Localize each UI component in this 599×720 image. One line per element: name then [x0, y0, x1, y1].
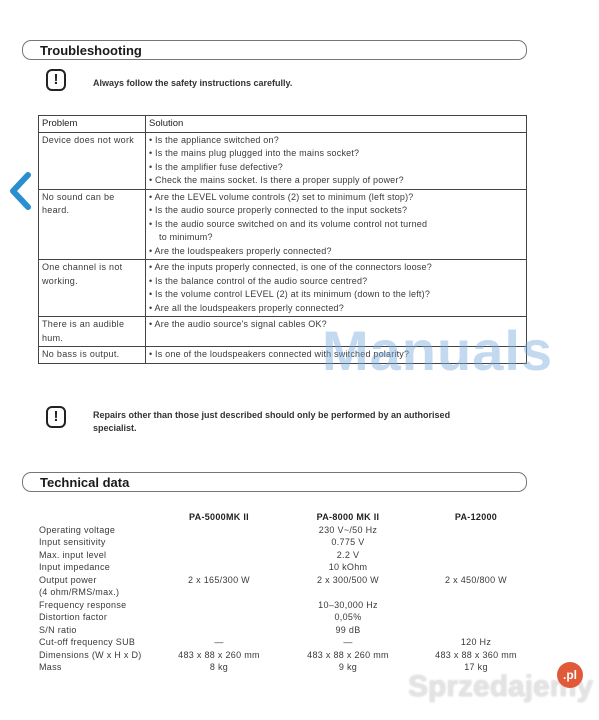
spec-row: Output power2 x 165/300 W2 x 300/500 W2 …: [39, 574, 539, 587]
spec-value: 483 x 88 x 260 mm: [169, 649, 269, 662]
solution-item: • Check the mains socket. Is there a pro…: [149, 174, 523, 188]
spec-value: 8 kg: [169, 661, 269, 674]
spec-value: 2 x 165/300 W: [169, 574, 269, 587]
table-row: No bass is output. • Is one of the louds…: [39, 347, 527, 364]
section-title: Technical data: [40, 475, 129, 490]
solution-item: • Is the balance control of the audio so…: [149, 275, 523, 289]
troubleshooting-table: Problem Solution Device does not work • …: [38, 115, 527, 364]
problem-cell: No sound can be heard.: [39, 189, 146, 260]
spec-row: Dimensions (W x H x D)483 x 88 x 260 mm4…: [39, 649, 539, 662]
spec-value: 2 x 450/800 W: [421, 574, 531, 587]
spec-label: Input impedance: [39, 561, 110, 574]
solution-cell: • Are the inputs properly connected, is …: [146, 260, 527, 317]
problem-cell: One channel is not working.: [39, 260, 146, 317]
spec-row: Operating voltage230 V~/50 Hz: [39, 524, 539, 537]
model-name: PA-5000MK II: [169, 511, 269, 524]
chevron-left-icon: [6, 171, 34, 211]
solution-item: • Is the appliance switched on?: [149, 134, 523, 148]
model-name: PA-12000: [421, 511, 531, 524]
solution-item: • Is one of the loudspeakers connected w…: [149, 348, 523, 362]
spec-row: Input sensitivity0.775 V: [39, 536, 539, 549]
spec-value: 120 Hz: [421, 636, 531, 649]
spec-value: 9 kg: [293, 661, 403, 674]
solution-item: • Are the inputs properly connected, is …: [149, 261, 523, 275]
solution-cell: • Are the LEVEL volume controls (2) set …: [146, 189, 527, 260]
previous-page-button[interactable]: [6, 171, 34, 211]
technical-data-header: Technical data: [22, 472, 527, 492]
spec-value: 483 x 88 x 360 mm: [421, 649, 531, 662]
spec-value: —: [169, 636, 269, 649]
spec-label: Cut-off frequency SUB: [39, 636, 135, 649]
table-header-row: Problem Solution: [39, 116, 527, 133]
spec-row: Mass8 kg9 kg17 kg: [39, 661, 539, 674]
model-header-row: PA-5000MK II PA-8000 MK II PA-12000: [39, 511, 539, 524]
table-row: No sound can be heard. • Are the LEVEL v…: [39, 189, 527, 260]
pl-badge: .pl: [557, 662, 583, 688]
column-header-problem: Problem: [39, 116, 146, 133]
spec-label: Mass: [39, 661, 62, 674]
spec-value: 230 V~/50 Hz: [293, 524, 403, 537]
spec-row: (4 ohm/RMS/max.): [39, 586, 539, 599]
spec-value: 0.775 V: [293, 536, 403, 549]
solution-cell: • Is the appliance switched on? • Is the…: [146, 132, 527, 189]
solution-item: • Is the audio source switched on and it…: [149, 218, 523, 232]
solution-item: • Is the audio source properly connected…: [149, 204, 523, 218]
solution-item: • Are the LEVEL volume controls (2) set …: [149, 191, 523, 205]
problem-cell: No bass is output.: [39, 347, 146, 364]
warning-icon: !: [46, 69, 66, 91]
spec-value: 99 dB: [293, 624, 403, 637]
solution-cell: • Are the audio source's signal cables O…: [146, 317, 527, 347]
spec-row: S/N ratio99 dB: [39, 624, 539, 637]
solution-item: • Are all the loudspeakers properly conn…: [149, 302, 523, 316]
spec-value: 483 x 88 x 260 mm: [293, 649, 403, 662]
solution-item: • Is the amplifier fuse defective?: [149, 161, 523, 175]
safety-note: Always follow the safety instructions ca…: [93, 77, 292, 90]
problem-cell: Device does not work: [39, 132, 146, 189]
spec-row: Input impedance10 kOhm: [39, 561, 539, 574]
solution-item: • Is the volume control LEVEL (2) at its…: [149, 288, 523, 302]
spec-label: Frequency response: [39, 599, 126, 612]
spec-row: Max. input level2.2 V: [39, 549, 539, 562]
table-row: One channel is not working. • Are the in…: [39, 260, 527, 317]
table-row: Device does not work • Is the appliance …: [39, 132, 527, 189]
spec-row: Cut-off frequency SUB——120 Hz: [39, 636, 539, 649]
spec-row: Distortion factor0,05%: [39, 611, 539, 624]
model-name: PA-8000 MK II: [293, 511, 403, 524]
spec-label: Operating voltage: [39, 524, 115, 537]
spec-label: S/N ratio: [39, 624, 77, 637]
spec-row: Frequency response10–30,000 Hz: [39, 599, 539, 612]
solution-item: • Is the mains plug plugged into the mai…: [149, 147, 523, 161]
spec-value: 0,05%: [293, 611, 403, 624]
troubleshooting-header: Troubleshooting: [22, 40, 527, 60]
spec-label: Output power: [39, 574, 97, 587]
spec-value: —: [293, 636, 403, 649]
solution-item: • Are the loudspeakers properly connecte…: [149, 245, 523, 259]
problem-cell: There is an audible hum.: [39, 317, 146, 347]
spec-label: Distortion factor: [39, 611, 107, 624]
spec-value: 2.2 V: [293, 549, 403, 562]
spec-label: Dimensions (W x H x D): [39, 649, 142, 662]
repair-note: Repairs other than those just described …: [93, 409, 493, 435]
column-header-solution: Solution: [146, 116, 527, 133]
spec-value: 10–30,000 Hz: [293, 599, 403, 612]
solution-cell: • Is one of the loudspeakers connected w…: [146, 347, 527, 364]
solution-item-continued: to minimum?: [149, 231, 523, 245]
spec-value: 2 x 300/500 W: [293, 574, 403, 587]
spec-value: 17 kg: [421, 661, 531, 674]
technical-data-table: PA-5000MK II PA-8000 MK II PA-12000 Oper…: [39, 511, 539, 674]
spec-label: (4 ohm/RMS/max.): [39, 586, 119, 599]
warning-icon: !: [46, 406, 66, 428]
spec-value: 10 kOhm: [293, 561, 403, 574]
spec-label: Input sensitivity: [39, 536, 106, 549]
table-row: There is an audible hum. • Are the audio…: [39, 317, 527, 347]
spec-label: Max. input level: [39, 549, 106, 562]
section-title: Troubleshooting: [40, 43, 142, 58]
solution-item: • Are the audio source's signal cables O…: [149, 318, 523, 332]
